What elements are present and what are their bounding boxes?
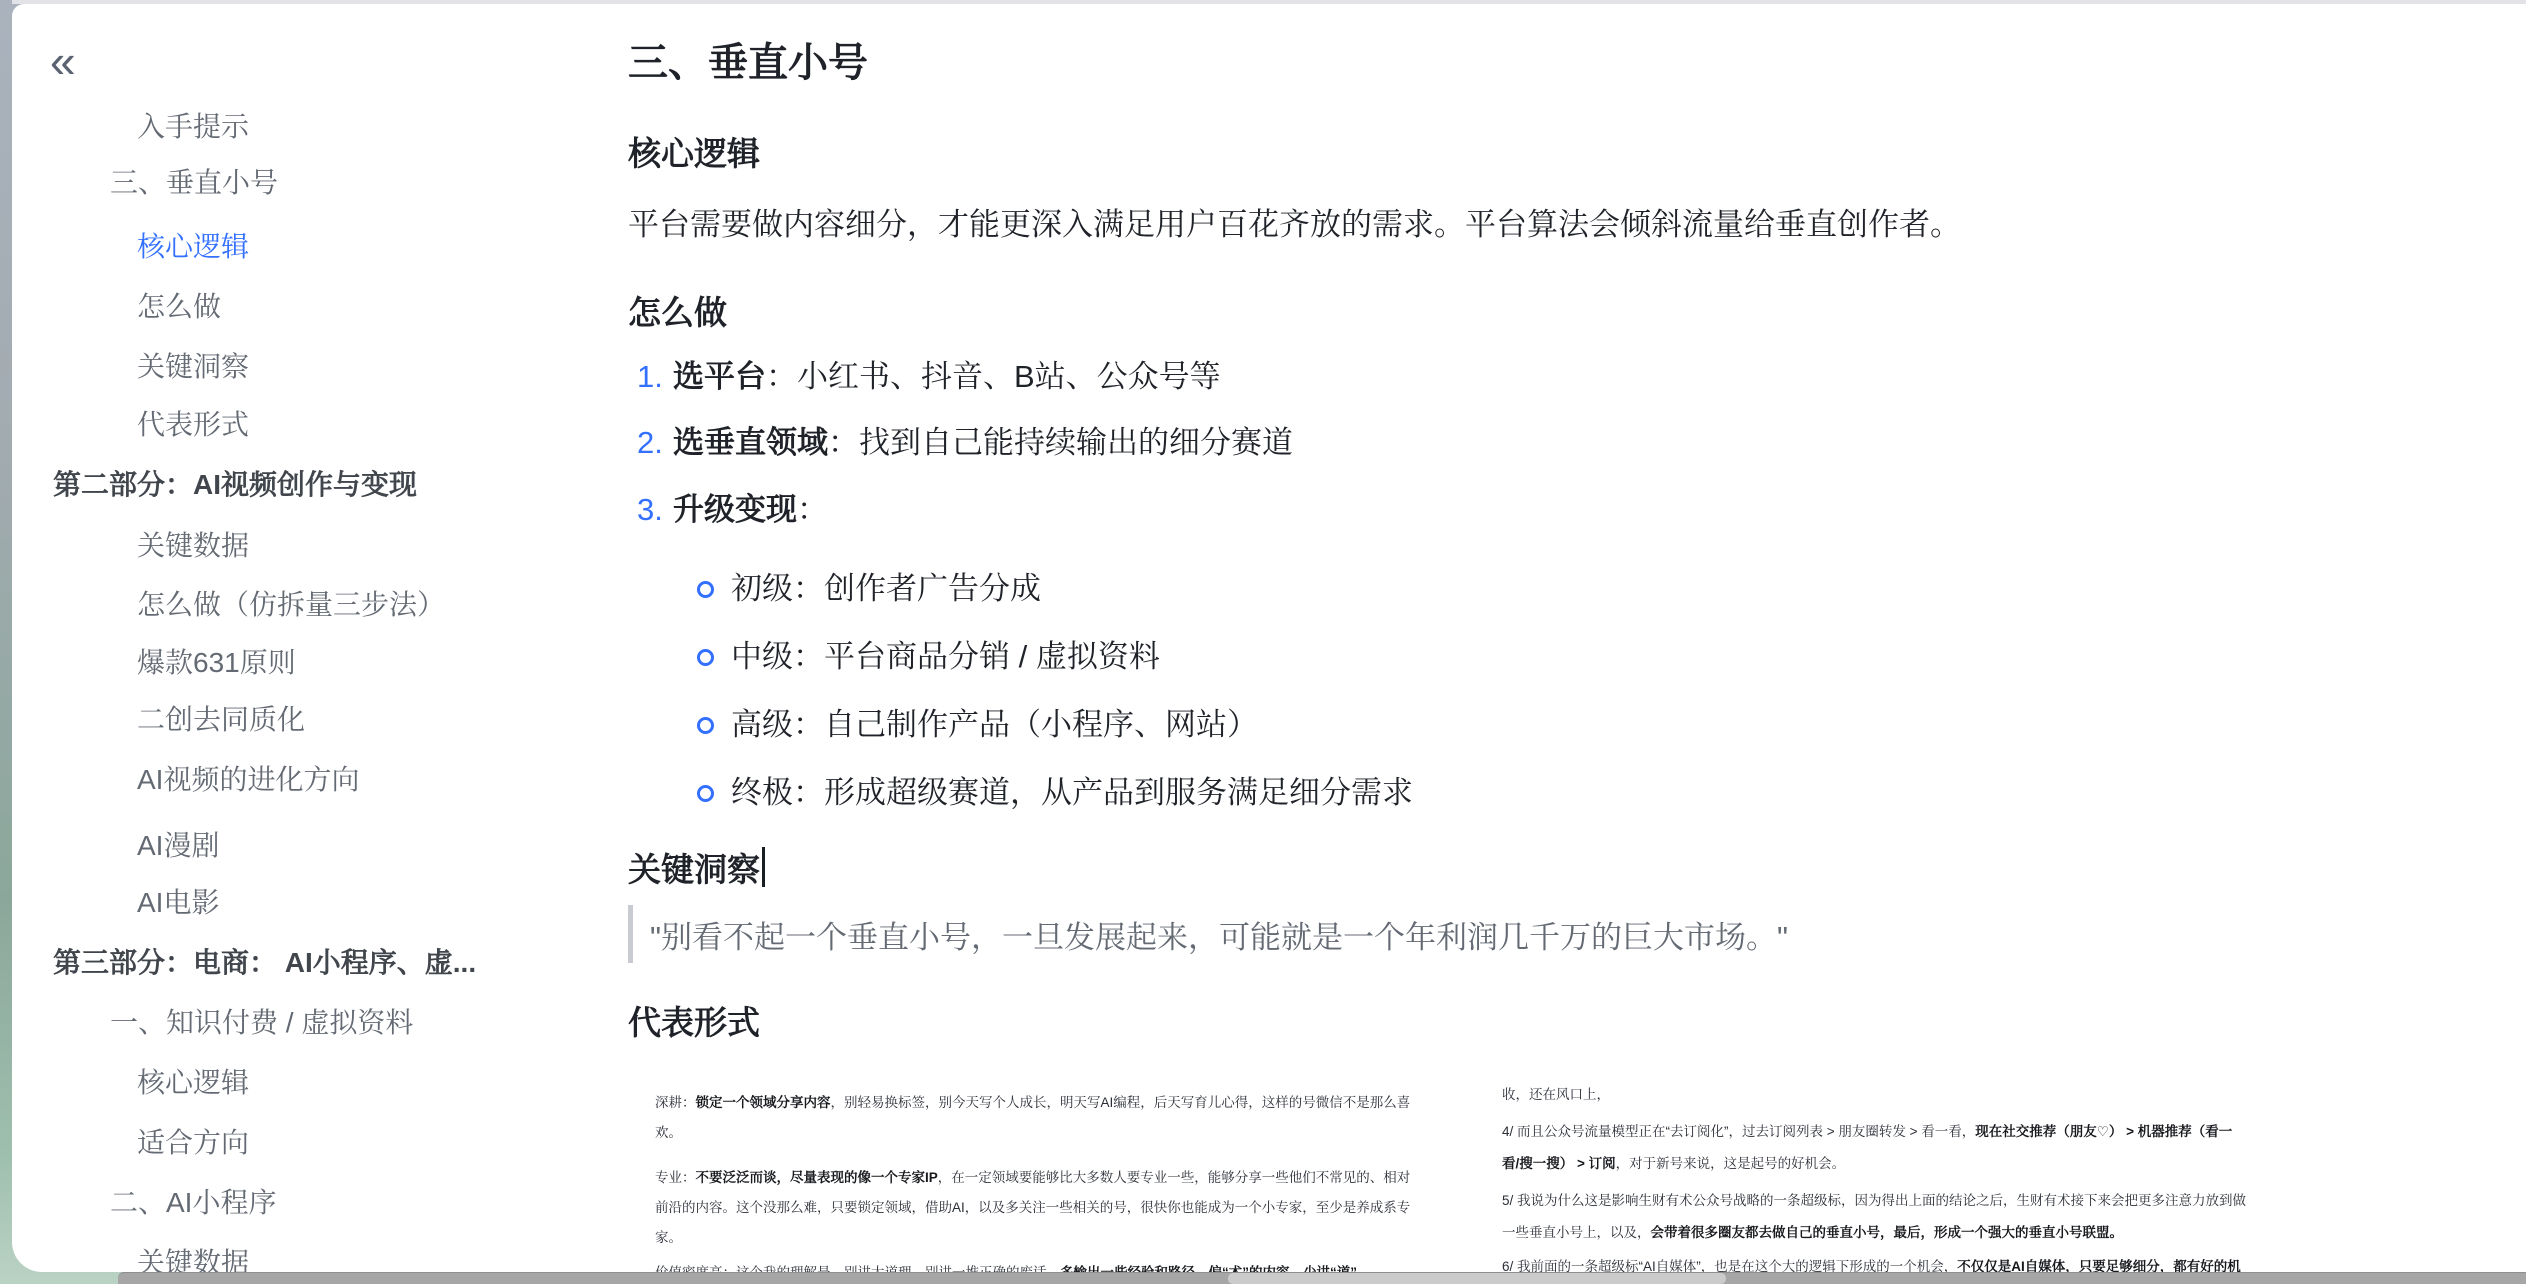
core-logic-paragraph: 平台需要做内容细分，才能更深入满足用户百花齐放的需求。平台算法会倾斜流量给垂直创… <box>628 202 1961 248</box>
step-label: 选垂直领域 <box>673 425 828 460</box>
sidebar-collapse-icon[interactable]: « <box>50 38 76 84</box>
list-number: 2. <box>637 420 673 466</box>
toc-item[interactable]: 二创去同质化 <box>137 700 612 740</box>
image-text-line: 深耕：锁定一个领域分享内容，别轻易换标签，别今天写个人成长，明天写AI编程，后天… <box>655 1092 1410 1114</box>
doc-title: 三、垂直小号 <box>628 37 868 89</box>
horizontal-scrollbar-thumb[interactable] <box>1228 1273 1726 1284</box>
quote-text: "别看不起一个垂直小号，一旦发展起来，可能就是一个年利润几千万的巨大市场。" <box>650 912 1788 957</box>
toc-item[interactable]: 一、知识付费 / 虚拟资料 <box>110 1003 585 1043</box>
toc-item[interactable]: 代表形式 <box>137 405 612 445</box>
image-text-line: 一些垂直小号上，以及，会带着很多圈友都去做自己的垂直小号，最后，形成一个强大的垂… <box>1502 1222 2123 1244</box>
heading-how-to: 怎么做 <box>628 290 727 336</box>
image-text-line: 收，还在风口上， <box>1502 1084 1610 1106</box>
step-label: 选平台 <box>673 359 766 394</box>
toc-item-active[interactable]: 核心逻辑 <box>137 227 612 267</box>
quote-block: "别看不起一个垂直小号，一旦发展起来，可能就是一个年利润几千万的巨大市场。" <box>628 905 1788 963</box>
image-text-line: 专业：不要泛泛而谈，尽量表现的像一个专家IP，在一定领域要能够比大多数人要专业一… <box>655 1167 1410 1189</box>
image-text-line: 4/ 而且公众号流量模型正在“去订阅化”，过去订阅列表 > 朋友圈转发 > 看一… <box>1502 1121 2232 1143</box>
level-text: 终极：形成超级赛道，从产品到服务满足细分需求 <box>731 770 1413 816</box>
toc-item[interactable]: 关键数据 <box>137 526 612 566</box>
text-cursor <box>762 847 765 887</box>
circle-bullet-icon <box>697 649 714 666</box>
image-text-line: 价值密度高：这个我的理解是，别讲大道理，别讲一堆正确的废话，多输出一些经验和路径… <box>655 1262 1371 1272</box>
toc-item[interactable]: AI漫剧 <box>137 826 612 866</box>
circle-bullet-icon <box>697 581 714 598</box>
step-label: 升级变现 <box>673 492 797 527</box>
ordered-list-item: 3.升级变现： <box>637 487 828 533</box>
circle-bullet-icon <box>697 785 714 802</box>
image-text-line: 家。 <box>655 1227 682 1249</box>
toc-item[interactable]: AI电影 <box>137 883 612 923</box>
sub-bullet-item: 高级：自己制作产品（小程序、网站） <box>697 702 1258 748</box>
sub-bullet-item: 终极：形成超级赛道，从产品到服务满足细分需求 <box>697 770 1413 816</box>
toc-item[interactable]: AI视频的进化方向 <box>137 760 612 800</box>
step-text: ： <box>797 492 828 527</box>
toc-item[interactable]: 爆款631原则 <box>137 643 612 683</box>
level-text: 初级：创作者广告分成 <box>731 566 1041 612</box>
embedded-image: 深耕：锁定一个领域分享内容，别轻易换标签，别今天写个人成长，明天写AI编程，后天… <box>628 1075 2418 1272</box>
window-top-edge <box>12 0 2526 4</box>
toc-item[interactable]: 核心逻辑 <box>137 1063 612 1103</box>
ordered-list-item: 2.选垂直领域：找到自己能持续输出的细分赛道 <box>637 420 1293 466</box>
ordered-list-item: 1.选平台：小红书、抖音、B站、公众号等 <box>637 354 1221 400</box>
toc-item[interactable]: 怎么做（仿拆量三步法） <box>137 585 612 625</box>
toc-item[interactable]: 关键洞察 <box>137 347 612 387</box>
image-text-line: 欢。 <box>655 1122 682 1144</box>
sub-bullet-item: 初级：创作者广告分成 <box>697 566 1041 612</box>
toc-item-part[interactable]: 第三部分：电商： AI小程序、虚... <box>53 943 528 983</box>
toc-item[interactable]: 入手提示 <box>137 107 612 147</box>
circle-bullet-icon <box>697 717 714 734</box>
image-text-line: 看/搜一搜） > 订阅，对于新号来说，这是起号的好机会。 <box>1502 1153 1845 1175</box>
document-window: « 入手提示 三、垂直小号 核心逻辑 怎么做 关键洞察 代表形式 第二部分：AI… <box>12 4 2526 1272</box>
editor-canvas[interactable]: 三、垂直小号 核心逻辑 平台需要做内容细分，才能更深入满足用户百花齐放的需求。平… <box>628 4 2418 1272</box>
sub-bullet-item: 中级：平台商品分销 / 虚拟资料 <box>697 634 1160 680</box>
image-text-line: 前沿的内容。这个没那么难，只要锁定领域，借助AI，以及多关注一些相关的号，很快你… <box>655 1197 1410 1219</box>
step-text: ：小红书、抖音、B站、公众号等 <box>766 359 1221 394</box>
image-text-line: 5/ 我说为什么这是影响生财有术公众号战略的一条超级标，因为得出上面的结论之后，… <box>1502 1190 2246 1212</box>
toc-item[interactable]: 适合方向 <box>137 1123 612 1163</box>
heading-representative-forms: 代表形式 <box>628 1000 760 1046</box>
heading-core-logic: 核心逻辑 <box>628 131 760 177</box>
step-text: ：找到自己能持续输出的细分赛道 <box>828 425 1293 460</box>
image-text-line: 6/ 我前面的一条超级标“AI自媒体”，也是在这个大的逻辑下形成的一个机会，不仅… <box>1502 1256 2241 1272</box>
level-text: 中级：平台商品分销 / 虚拟资料 <box>731 634 1160 680</box>
toc-item[interactable]: 二、AI小程序 <box>110 1183 585 1223</box>
toc-item[interactable]: 关键数据 <box>137 1243 612 1272</box>
toc-item-part[interactable]: 第二部分：AI视频创作与变现 <box>53 465 528 505</box>
list-number: 1. <box>637 354 673 400</box>
heading-key-insight: 关键洞察 <box>628 847 765 893</box>
toc-item[interactable]: 三、垂直小号 <box>110 163 585 203</box>
toc-item[interactable]: 怎么做 <box>137 287 612 327</box>
list-number: 3. <box>637 487 673 533</box>
level-text: 高级：自己制作产品（小程序、网站） <box>731 702 1258 748</box>
